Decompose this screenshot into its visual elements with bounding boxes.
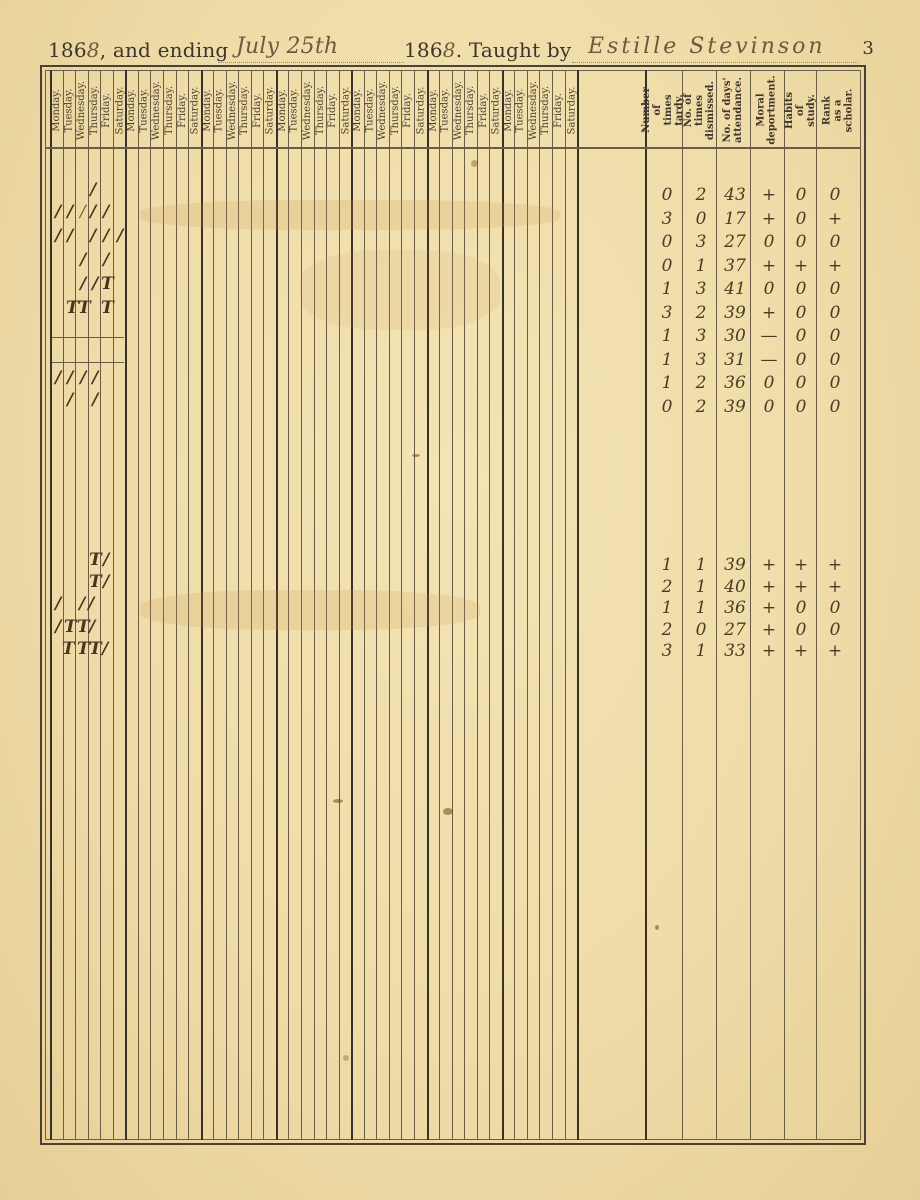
- day-header-thursday: Thursday.: [238, 74, 251, 144]
- day-header-wednesday: Wednesday.: [301, 74, 314, 144]
- teacher-underline: [572, 62, 858, 63]
- stat-dismissed: 3: [686, 232, 716, 252]
- day-column-line: [489, 70, 490, 1140]
- stat-column-line: [682, 70, 683, 1140]
- stat-habits: 0: [786, 279, 816, 299]
- stat-tardy: 0: [652, 256, 682, 276]
- absence-mark: /: [80, 370, 86, 387]
- stat-attendance: 33: [720, 641, 750, 661]
- stat-rank: 0: [820, 326, 850, 346]
- day-header-friday: Friday.: [326, 74, 339, 144]
- day-header-label: Wednesday.: [377, 81, 388, 140]
- day-header-label: Thursday.: [89, 86, 100, 135]
- day-header-label: Tuesday.: [515, 88, 526, 132]
- stat-moral: +: [754, 620, 784, 640]
- stat-rank: 0: [820, 620, 850, 640]
- absence-mark: /: [89, 619, 95, 636]
- day-header-saturday: Saturday.: [188, 74, 201, 144]
- ink-stain: [343, 1055, 349, 1061]
- day-header-label: Monday.: [202, 89, 213, 132]
- day-header-label: Thursday.: [239, 86, 250, 135]
- stat-tardy: 1: [652, 279, 682, 299]
- stat-dismissed: 3: [686, 279, 716, 299]
- header-habits-of-study: Habits of study.: [784, 74, 816, 146]
- stat-column-line: [784, 70, 785, 1140]
- day-header-label: Friday.: [177, 93, 188, 128]
- header-times-tardy: Number of times tardy.: [645, 74, 681, 146]
- stat-column-line: [750, 70, 751, 1140]
- stat-attendance: 39: [720, 555, 750, 575]
- stat-habits: 0: [786, 185, 816, 205]
- header-times-dismissed: No. of times dismissed.: [682, 74, 716, 146]
- stat-moral: +: [754, 303, 784, 323]
- stat-tardy: 0: [652, 232, 682, 252]
- tardy-mark: T: [77, 641, 90, 658]
- stat-attendance: 36: [720, 373, 750, 393]
- day-header-saturday: Saturday.: [414, 74, 427, 144]
- absence-mark: /: [67, 228, 73, 245]
- stat-rank: 0: [820, 303, 850, 323]
- tardy-mark: T: [78, 300, 91, 317]
- day-header-label: Saturday.: [415, 87, 426, 135]
- day-header-label: Wednesday.: [151, 81, 162, 140]
- stat-rank: 0: [820, 598, 850, 618]
- day-header-label: Tuesday.: [440, 88, 451, 132]
- stat-tardy: 2: [652, 620, 682, 640]
- day-header-label: Saturday.: [264, 87, 275, 135]
- stat-rank: +: [820, 577, 850, 597]
- day-header-label: Monday.: [277, 89, 288, 132]
- day-header-label: Tuesday.: [365, 88, 376, 132]
- stat-rank: 0: [820, 397, 850, 417]
- stat-dismissed: 2: [686, 397, 716, 417]
- day-header-saturday: Saturday.: [489, 74, 502, 144]
- term-start-year-handwritten: 8: [87, 38, 100, 62]
- stat-dismissed: 1: [686, 577, 716, 597]
- day-header-label: Saturday.: [189, 87, 200, 135]
- day-header-monday: Monday.: [351, 74, 364, 144]
- day-header-label: Monday.: [428, 89, 439, 132]
- stat-rank: +: [820, 256, 850, 276]
- day-header-friday: Friday.: [552, 74, 565, 144]
- stat-moral: +: [754, 555, 784, 575]
- stat-tardy: 1: [652, 326, 682, 346]
- end-date-underline: [218, 62, 404, 63]
- absence-mark: /: [92, 276, 98, 293]
- day-header-label: Friday.: [478, 93, 489, 128]
- stat-moral: 0: [754, 397, 784, 417]
- day-header-friday: Friday.: [401, 74, 414, 144]
- stat-moral: 0: [754, 232, 784, 252]
- day-header-wednesday: Wednesday.: [376, 74, 389, 144]
- stat-habits: 0: [786, 326, 816, 346]
- day-header-label: Tuesday.: [139, 88, 150, 132]
- day-header-label: Friday.: [327, 93, 338, 128]
- day-header-tuesday: Tuesday.: [514, 74, 527, 144]
- day-header-label: Wednesday.: [302, 81, 313, 140]
- stat-tardy: 1: [652, 373, 682, 393]
- ink-stain: [333, 799, 343, 803]
- stat-dismissed: 3: [686, 326, 716, 346]
- stat-habits: 0: [786, 232, 816, 252]
- stat-attendance: 39: [720, 303, 750, 323]
- header-bottom-rule: [46, 147, 860, 149]
- page-number: 3: [862, 38, 874, 59]
- absence-mark: /: [103, 574, 109, 591]
- stat-attendance: 39: [720, 397, 750, 417]
- absence-mark: /: [80, 276, 86, 293]
- stat-tardy: 1: [652, 350, 682, 370]
- absence-mark: /: [79, 596, 85, 613]
- day-header-label: Saturday.: [340, 87, 351, 135]
- absence-mark: /: [103, 552, 109, 569]
- day-header-tuesday: Tuesday.: [288, 74, 301, 144]
- day-header-label: Wednesday.: [453, 81, 464, 140]
- day-header-label: Saturday.: [114, 87, 125, 135]
- absence-mark: /: [117, 228, 123, 245]
- stat-dismissed: 1: [686, 555, 716, 575]
- stat-habits: +: [786, 555, 816, 575]
- absence-mark: /: [55, 204, 61, 221]
- stat-rank: 0: [820, 279, 850, 299]
- absence-mark: /: [55, 370, 61, 387]
- day-column-line: [100, 70, 101, 1140]
- term-start-label: 1868, and ending: [48, 38, 228, 62]
- stat-habits: 0: [786, 303, 816, 323]
- stat-attendance: 27: [720, 232, 750, 252]
- absence-mark: /: [80, 252, 86, 269]
- stat-dismissed: 0: [686, 620, 716, 640]
- day-header-label: Thursday.: [164, 86, 175, 135]
- stat-rank: 0: [820, 373, 850, 393]
- day-header-thursday: Thursday.: [464, 74, 477, 144]
- stat-moral: +: [754, 641, 784, 661]
- ink-stain: [471, 160, 478, 167]
- absence-mark: /: [90, 182, 96, 199]
- day-header-saturday: Saturday.: [565, 74, 578, 144]
- stat-tardy: 1: [652, 598, 682, 618]
- week-separator-line: [125, 70, 127, 1140]
- absence-mark: /: [67, 392, 73, 409]
- day-column-line: [539, 70, 540, 1140]
- stat-moral: +: [754, 598, 784, 618]
- day-header-tuesday: Tuesday.: [213, 74, 226, 144]
- day-header-monday: Monday.: [50, 74, 63, 144]
- day-column-line: [514, 70, 515, 1140]
- day-header-label: Monday.: [51, 89, 62, 132]
- ink-stain: [655, 925, 659, 930]
- stat-moral: +: [754, 185, 784, 205]
- stat-habits: +: [786, 641, 816, 661]
- stat-dismissed: 2: [686, 303, 716, 323]
- ink-stain: [443, 808, 453, 815]
- stat-rank: 0: [820, 232, 850, 252]
- day-header-label: Monday.: [352, 89, 363, 132]
- day-header-label: Thursday.: [315, 86, 326, 135]
- day-header-label: Saturday.: [490, 87, 501, 135]
- tardy-mark: T: [89, 574, 102, 591]
- stat-rank: 0: [820, 350, 850, 370]
- day-header-label: Friday.: [553, 93, 564, 128]
- day-header-label: Thursday.: [390, 86, 401, 135]
- stat-attendance: 30: [720, 326, 750, 346]
- stat-habits: 0: [786, 209, 816, 229]
- stat-dismissed: 2: [686, 185, 716, 205]
- tardy-mark: T: [66, 300, 79, 317]
- stat-moral: 0: [754, 279, 784, 299]
- stat-column-line: [716, 70, 717, 1140]
- day-header-label: Friday.: [101, 93, 112, 128]
- day-header-label: Tuesday.: [64, 88, 75, 132]
- day-column-line: [565, 70, 566, 1140]
- tardy-mark: T: [77, 619, 90, 636]
- day-header-label: Monday.: [126, 89, 137, 132]
- day-column-line: [75, 70, 76, 1140]
- end-date-handwritten: July 25th: [236, 34, 338, 59]
- absence-mark: /: [92, 392, 98, 409]
- stats-separator-line: [645, 70, 647, 1140]
- stat-moral: +: [754, 577, 784, 597]
- day-header-label: Friday.: [252, 93, 263, 128]
- stat-tardy: 2: [652, 577, 682, 597]
- stat-moral: 0: [754, 373, 784, 393]
- stat-tardy: 0: [652, 185, 682, 205]
- stat-moral: +: [754, 209, 784, 229]
- absence-mark: /: [103, 228, 109, 245]
- day-column-line: [552, 70, 553, 1140]
- stat-attendance: 31: [720, 350, 750, 370]
- day-header-thursday: Thursday.: [163, 74, 176, 144]
- term-end-year-handwritten: 8: [443, 38, 456, 62]
- tardy-mark: T: [62, 641, 75, 658]
- header-moral-deportment: Moral deportment.: [750, 74, 784, 146]
- day-header-saturday: Saturday.: [263, 74, 276, 144]
- stat-attendance: 27: [720, 620, 750, 640]
- ink-stain: [412, 454, 420, 457]
- stat-attendance: 37: [720, 256, 750, 276]
- stat-habits: +: [786, 577, 816, 597]
- stat-rank: +: [820, 209, 850, 229]
- stat-tardy: 0: [652, 397, 682, 417]
- day-column-line: [63, 70, 64, 1140]
- day-header-label: Wednesday.: [76, 81, 87, 140]
- day-header-thursday: Thursday.: [539, 74, 552, 144]
- row-divider: [52, 337, 124, 338]
- day-header-wednesday: Wednesday.: [150, 74, 163, 144]
- teacher-name-handwritten: Estille Stevinson: [588, 34, 826, 59]
- stat-rank: 0: [820, 185, 850, 205]
- absence-mark: /: [90, 228, 96, 245]
- stat-attendance: 41: [720, 279, 750, 299]
- day-header-tuesday: Tuesday.: [439, 74, 452, 144]
- day-header-label: Thursday.: [465, 86, 476, 135]
- absence-mark: /: [55, 596, 61, 613]
- stat-moral: —: [754, 350, 784, 370]
- stat-tardy: 1: [652, 555, 682, 575]
- tardy-mark: T: [89, 641, 102, 658]
- stat-moral: +: [754, 256, 784, 276]
- stat-dismissed: 1: [686, 256, 716, 276]
- absence-mark: /: [103, 252, 109, 269]
- absence-mark: /: [92, 370, 98, 387]
- stat-habits: 0: [786, 620, 816, 640]
- stat-tardy: 3: [652, 209, 682, 229]
- absence-mark: /: [102, 641, 108, 658]
- day-header-monday: Monday.: [125, 74, 138, 144]
- day-header-friday: Friday.: [100, 74, 113, 144]
- stat-tardy: 3: [652, 303, 682, 323]
- stat-dismissed: 1: [686, 598, 716, 618]
- day-header-label: Friday.: [402, 93, 413, 128]
- week-separator-line: [502, 70, 504, 1140]
- absence-mark: /: [103, 204, 109, 221]
- absence-mark: /: [88, 596, 94, 613]
- stat-dismissed: 0: [686, 209, 716, 229]
- stat-habits: +: [786, 256, 816, 276]
- stat-habits: 0: [786, 598, 816, 618]
- stat-tardy: 3: [652, 641, 682, 661]
- absence-mark: /: [67, 370, 73, 387]
- stat-dismissed: 1: [686, 641, 716, 661]
- stat-rank: +: [820, 555, 850, 575]
- stat-dismissed: 2: [686, 373, 716, 393]
- tardy-mark: T: [101, 300, 114, 317]
- absence-mark: /: [55, 228, 61, 245]
- stat-habits: 0: [786, 397, 816, 417]
- day-header-label: Wednesday.: [528, 81, 539, 140]
- stat-habits: 0: [786, 350, 816, 370]
- day-header-label: Saturday.: [566, 87, 577, 135]
- row-divider: [52, 362, 124, 363]
- stat-attendance: 36: [720, 598, 750, 618]
- day-header-wednesday: Wednesday.: [75, 74, 88, 144]
- day-header-label: Wednesday.: [227, 81, 238, 140]
- day-column-line: [527, 70, 528, 1140]
- stat-dismissed: 3: [686, 350, 716, 370]
- tardy-mark: T: [64, 619, 77, 636]
- day-header-label: Monday.: [503, 89, 514, 132]
- stat-attendance: 40: [720, 577, 750, 597]
- stat-habits: 0: [786, 373, 816, 393]
- stat-attendance: 17: [720, 209, 750, 229]
- absence-mark: /: [55, 619, 61, 636]
- stat-column-line: [816, 70, 817, 1140]
- day-column-line: [113, 70, 114, 1140]
- header-rank-as-scholar: Rank as a scholar.: [816, 74, 860, 146]
- week-separator-line: [577, 70, 579, 1140]
- day-column-line: [138, 70, 139, 1140]
- absence-mark: /: [90, 204, 96, 221]
- header-days-attendance: No. of days' attendance.: [716, 74, 750, 146]
- tardy-mark: T: [101, 276, 114, 293]
- absence-mark: /: [67, 204, 73, 221]
- day-header-label: Tuesday.: [289, 88, 300, 132]
- absence-mark: /: [80, 204, 86, 221]
- tardy-mark: T: [89, 552, 102, 569]
- stat-rank: +: [820, 641, 850, 661]
- day-header-label: Tuesday.: [214, 88, 225, 132]
- stat-moral: —: [754, 326, 784, 346]
- stat-attendance: 43: [720, 185, 750, 205]
- week-separator-line: [50, 70, 52, 1140]
- day-header-label: Thursday.: [540, 86, 551, 135]
- term-end-label: 1868. Taught by: [404, 38, 571, 62]
